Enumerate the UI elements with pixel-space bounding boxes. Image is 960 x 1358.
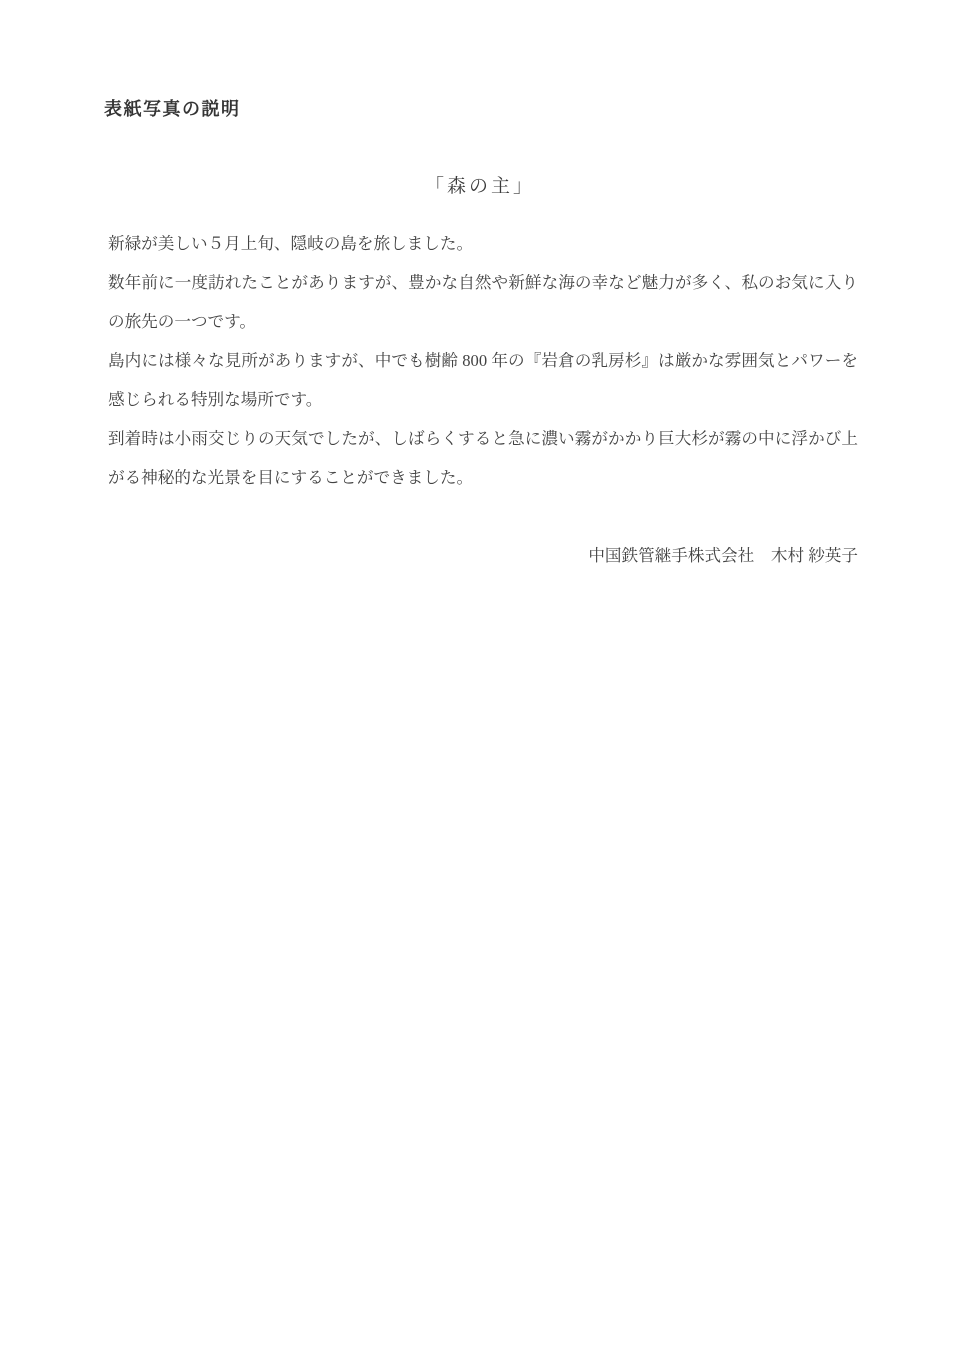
body-paragraph: 島内には様々な見所がありますが、中でも樹齢 800 年の『岩倉の乳房杉』は厳かな… <box>108 341 858 419</box>
signature: 中国鉄管継手株式会社 木村 紗英子 <box>108 536 858 575</box>
document-heading: 表紙写真の説明 <box>104 95 241 121</box>
body-paragraph: 数年前に一度訪れたことがありますが、豊かな自然や新鮮な海の幸など魅力が多く、私の… <box>108 263 858 341</box>
blank-line <box>108 497 858 536</box>
body-paragraph: 新緑が美しい５月上旬、隠岐の島を旅しました。 <box>108 224 858 263</box>
document-title: 「森の主」 <box>0 171 960 198</box>
document-page: 表紙写真の説明 「森の主」 新緑が美しい５月上旬、隠岐の島を旅しました。 数年前… <box>0 0 960 1358</box>
document-body: 新緑が美しい５月上旬、隠岐の島を旅しました。 数年前に一度訪れたことがありますが… <box>108 224 858 575</box>
body-paragraph: 到着時は小雨交じりの天気でしたが、しばらくすると急に濃い霧がかかり巨大杉が霧の中… <box>108 419 858 497</box>
